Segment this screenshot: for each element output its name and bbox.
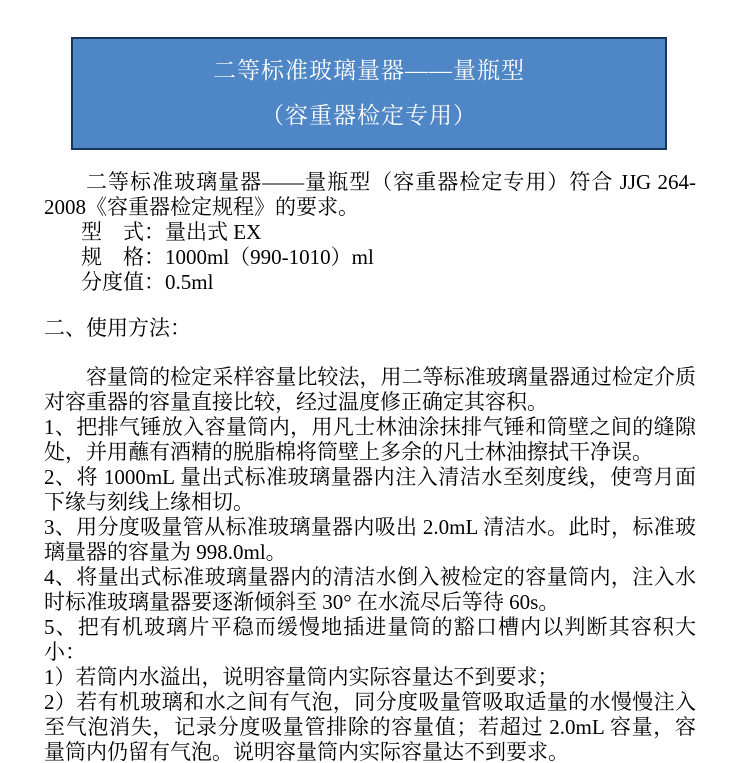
usage-step-5: 5、把有机玻璃片平稳而缓慢地插进量筒的豁口槽内以判断其容积大小： bbox=[44, 615, 696, 665]
usage-section-heading: 二、使用方法： bbox=[44, 316, 696, 341]
usage-intro-paragraph: 容量筒的检定采样容量比较法，用二等标准玻璃量器通过检定介质对容重器的容量直接比较… bbox=[44, 365, 696, 415]
usage-step-2: 2、将 1000mL 量出式标准玻璃量器内注入清洁水至刻度线，使弯月面下缘与刻线… bbox=[44, 465, 696, 515]
document-body: 二等标准玻璃量器——量瓶型（容重器检定专用）符合 JJG 264-2008《容重… bbox=[44, 170, 696, 763]
usage-step-3: 3、用分度吸量管从标准玻璃量器内吸出 2.0mL 清洁水。此时，标准玻璃量器的容… bbox=[44, 515, 696, 565]
usage-substep-1: 1）若筒内水溢出，说明容量筒内实际容量达不到要求； bbox=[44, 665, 696, 690]
document-title-line1: 二等标准玻璃量器——量瓶型 bbox=[73, 48, 665, 93]
spec-division-line: 分度值：0.5ml bbox=[81, 270, 696, 295]
document-title-line2: （容重器检定专用） bbox=[73, 93, 665, 138]
intro-paragraph: 二等标准玻璃量器——量瓶型（容重器检定专用）符合 JJG 264-2008《容重… bbox=[44, 170, 696, 220]
usage-step-4: 4、将量出式标准玻璃量器内的清洁水倒入被检定的容量筒内，注入水时标准玻璃量器要逐… bbox=[44, 565, 696, 615]
usage-substep-2: 2）若有机玻璃和水之间有气泡，同分度吸量管吸取适量的水慢慢注入至气泡消失，记录分… bbox=[44, 690, 696, 763]
document-page: 二等标准玻璃量器——量瓶型 （容重器检定专用） 二等标准玻璃量器——量瓶型（容重… bbox=[0, 0, 750, 763]
spec-type-line: 型 式：量出式 EX bbox=[81, 220, 696, 245]
title-banner: 二等标准玻璃量器——量瓶型 （容重器检定专用） bbox=[71, 37, 667, 150]
usage-step-1: 1、把排气锤放入容量筒内，用凡士林油涂抹排气锤和筒壁之间的缝隙处，并用蘸有酒精的… bbox=[44, 415, 696, 465]
spec-size-line: 规 格：1000ml（990-1010）ml bbox=[81, 245, 696, 270]
